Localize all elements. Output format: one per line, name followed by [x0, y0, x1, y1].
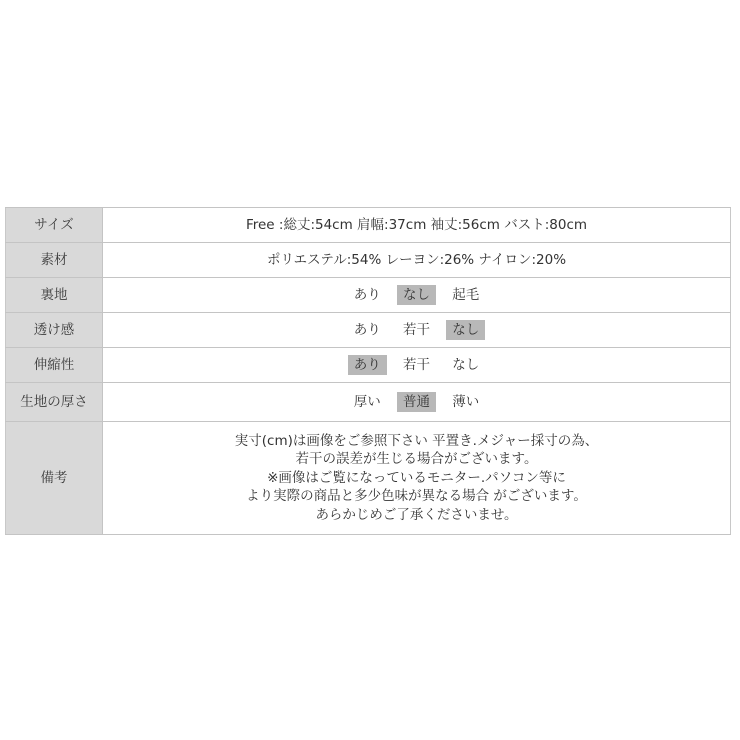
lining-options: あり なし 起毛 [103, 278, 731, 313]
stretch-options: あり 若干 なし [103, 348, 731, 383]
spec-row-stretch: 伸縮性 あり 若干 なし [6, 348, 731, 383]
notes-label: 備考 [6, 422, 103, 535]
sheerness-option-no-selected: なし [446, 320, 485, 340]
material-label: 素材 [6, 243, 103, 278]
spec-row-lining: 裏地 あり なし 起毛 [6, 278, 731, 313]
spec-row-sheerness: 透け感 あり 若干 なし [6, 313, 731, 348]
stretch-option-yes-selected: あり [348, 355, 387, 375]
notes-line-5: あらかじめご了承くださいませ。 [103, 506, 730, 525]
sheerness-option-slight: 若干 [397, 320, 436, 340]
thickness-option-thin: 薄い [446, 392, 485, 412]
notes-text: 実寸(cm)は画像をご参照下さい 平置き.メジャー採寸の為、 若干の誤差が生じる… [103, 422, 731, 535]
spec-row-notes: 備考 実寸(cm)は画像をご参照下さい 平置き.メジャー採寸の為、 若干の誤差が… [6, 422, 731, 535]
notes-line-2: 若干の誤差が生じる場合がございます。 [103, 450, 730, 469]
thickness-label: 生地の厚さ [6, 383, 103, 422]
sheerness-label: 透け感 [6, 313, 103, 348]
thickness-option-thick: 厚い [348, 392, 387, 412]
notes-line-4: より実際の商品と多少色味が異なる場合 がございます。 [103, 487, 730, 506]
stretch-option-slight: 若干 [397, 355, 436, 375]
size-value: Free :総丈:54cm 肩幅:37cm 袖丈:56cm バスト:80cm [103, 208, 731, 243]
spec-row-size: サイズ Free :総丈:54cm 肩幅:37cm 袖丈:56cm バスト:80… [6, 208, 731, 243]
lining-option-brushed: 起毛 [446, 285, 485, 305]
notes-line-3: ※画像はご覧になっているモニター.パソコン等に [103, 469, 730, 488]
notes-line-1: 実寸(cm)は画像をご参照下さい 平置き.メジャー採寸の為、 [103, 432, 730, 451]
stretch-label: 伸縮性 [6, 348, 103, 383]
lining-label: 裏地 [6, 278, 103, 313]
sheerness-options: あり 若干 なし [103, 313, 731, 348]
material-value: ポリエステル:54% レーヨン:26% ナイロン:20% [103, 243, 731, 278]
spec-row-material: 素材 ポリエステル:54% レーヨン:26% ナイロン:20% [6, 243, 731, 278]
sheerness-option-yes: あり [348, 320, 387, 340]
lining-option-no-selected: なし [397, 285, 436, 305]
thickness-options: 厚い 普通 薄い [103, 383, 731, 422]
product-spec-table: サイズ Free :総丈:54cm 肩幅:37cm 袖丈:56cm バスト:80… [5, 207, 731, 535]
lining-option-yes: あり [348, 285, 387, 305]
thickness-option-normal-selected: 普通 [397, 392, 436, 412]
spec-row-thickness: 生地の厚さ 厚い 普通 薄い [6, 383, 731, 422]
stretch-option-no: なし [446, 355, 485, 375]
size-label: サイズ [6, 208, 103, 243]
